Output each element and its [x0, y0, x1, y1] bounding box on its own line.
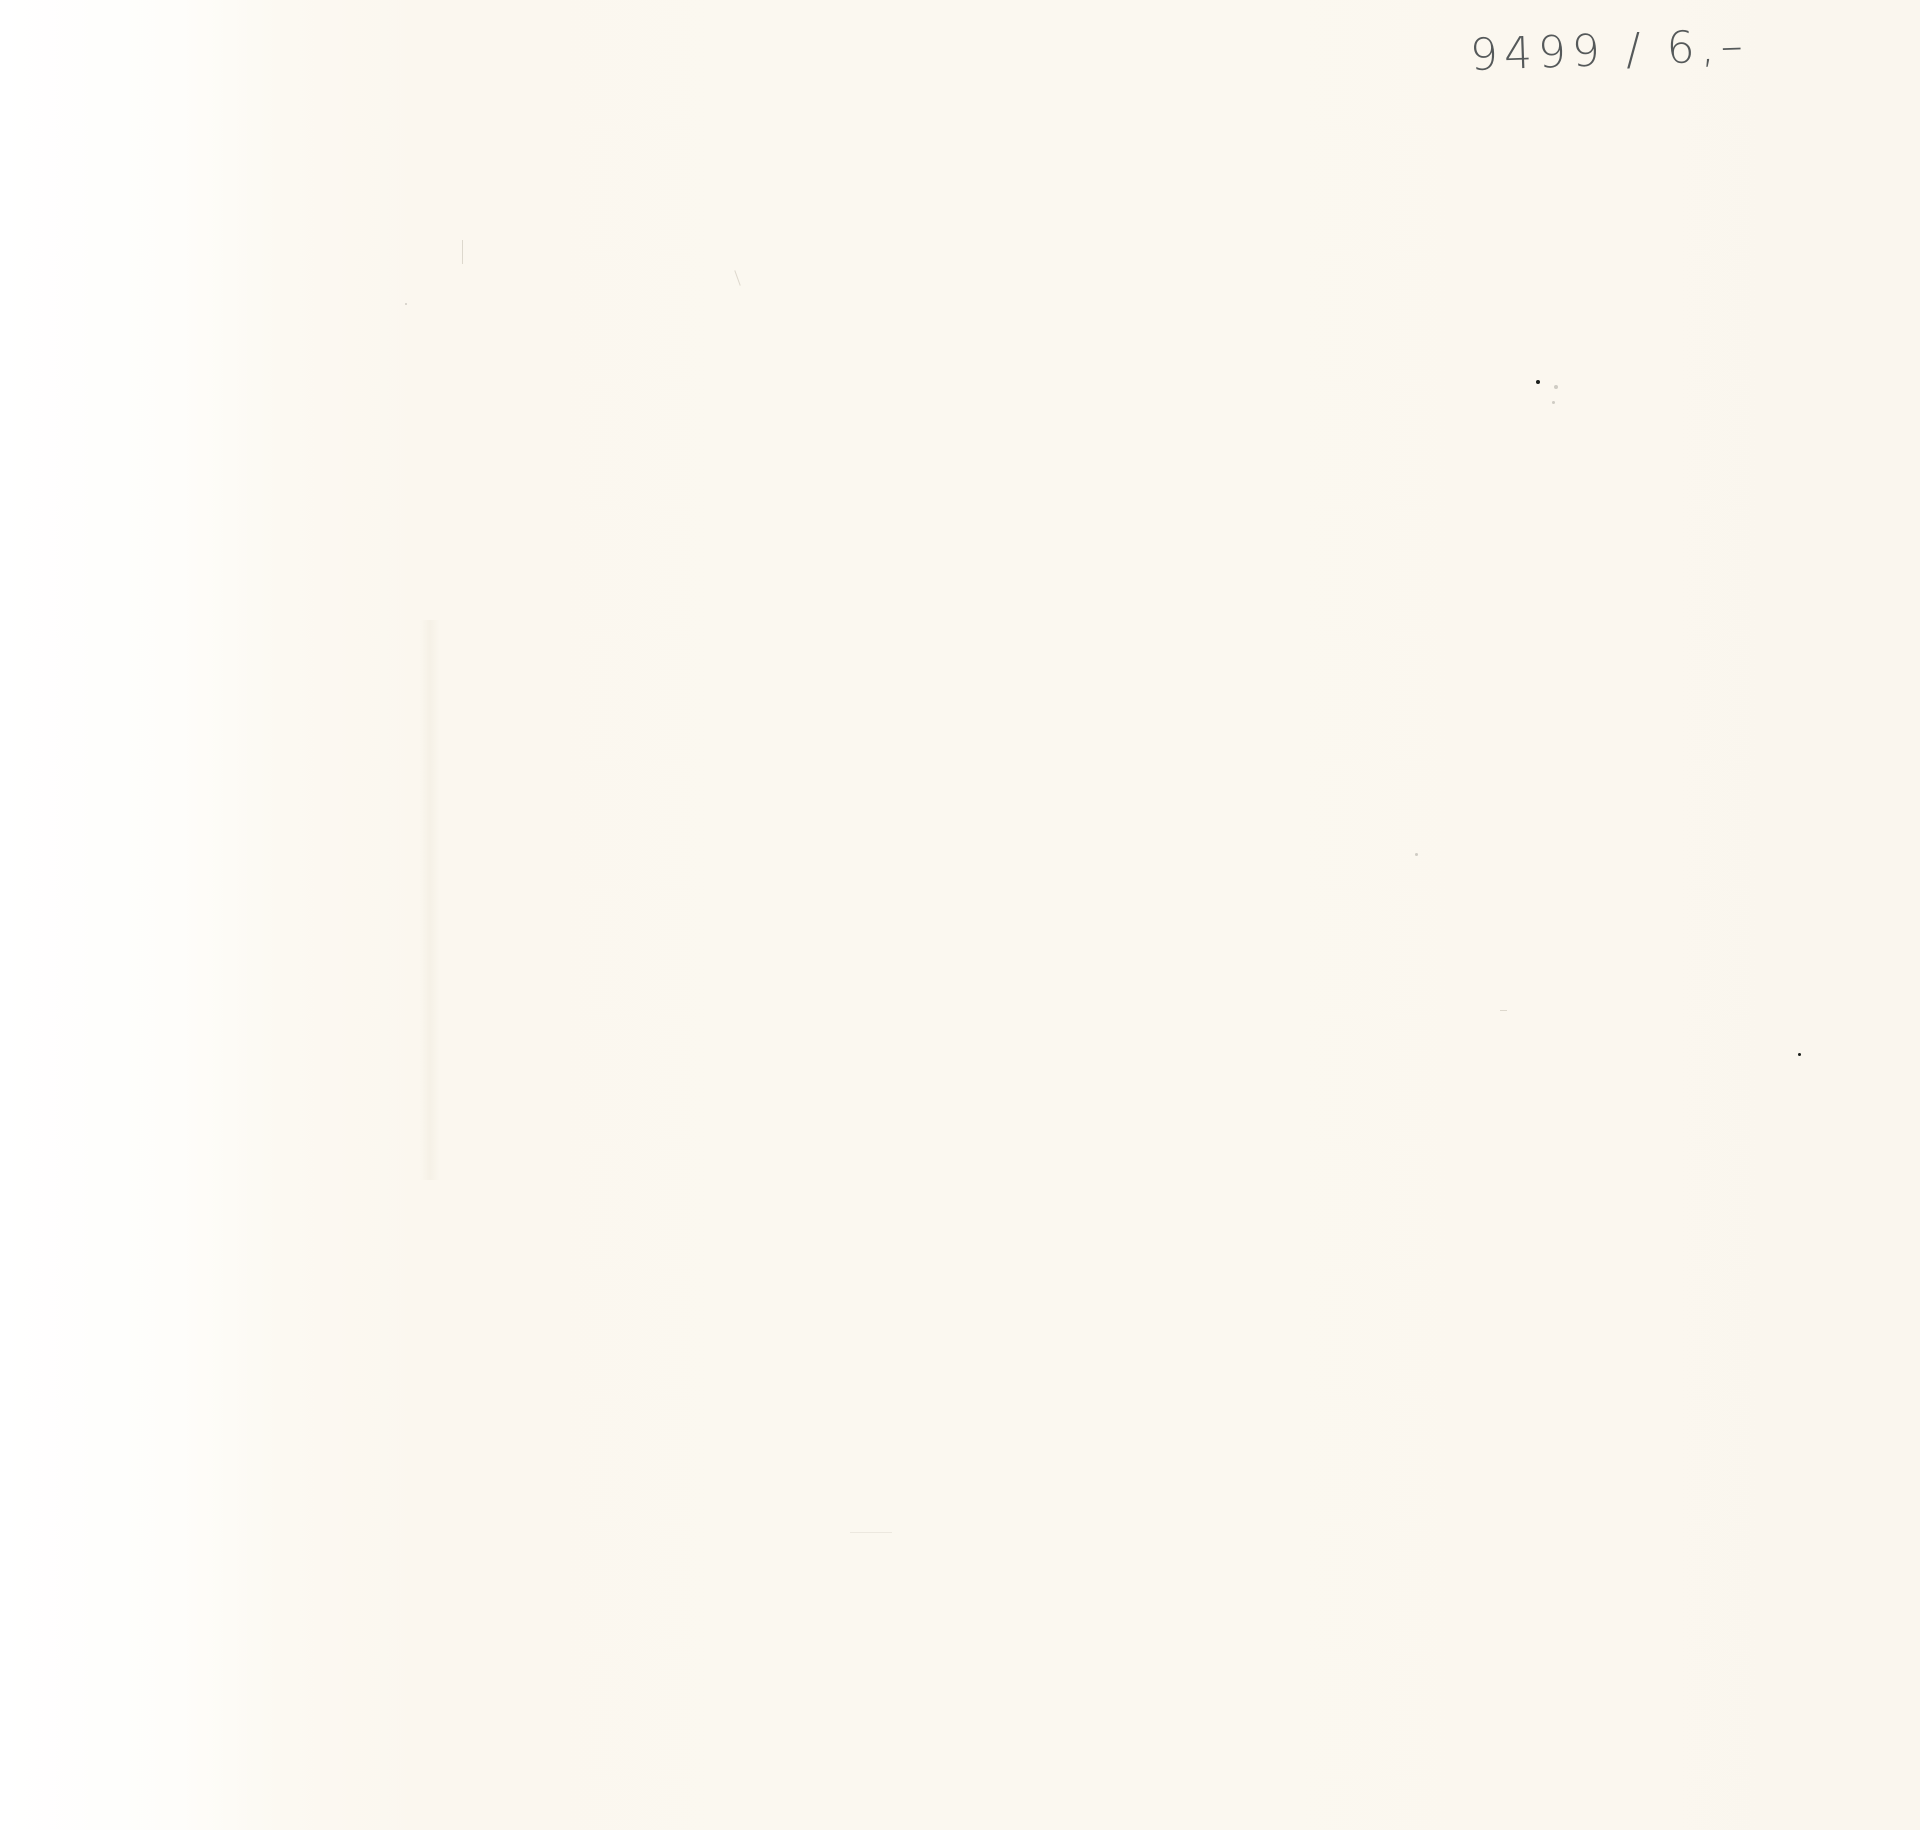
scanned-page: 9499 / 6,–	[0, 0, 1920, 1830]
ink-speck	[1536, 380, 1540, 384]
paper-speck	[1415, 853, 1418, 856]
paper-speck	[1554, 385, 1558, 389]
paper-mark	[1500, 1010, 1507, 1011]
paper-mark	[734, 270, 740, 285]
paper-mark	[462, 240, 463, 264]
handwritten-annotation: 9499 / 6,–	[1469, 20, 1749, 81]
paper-speck	[405, 303, 407, 305]
paper-mark	[850, 1532, 892, 1533]
paper-speck	[1552, 401, 1555, 404]
paper-shading	[420, 620, 440, 1180]
ink-speck	[1798, 1053, 1801, 1056]
